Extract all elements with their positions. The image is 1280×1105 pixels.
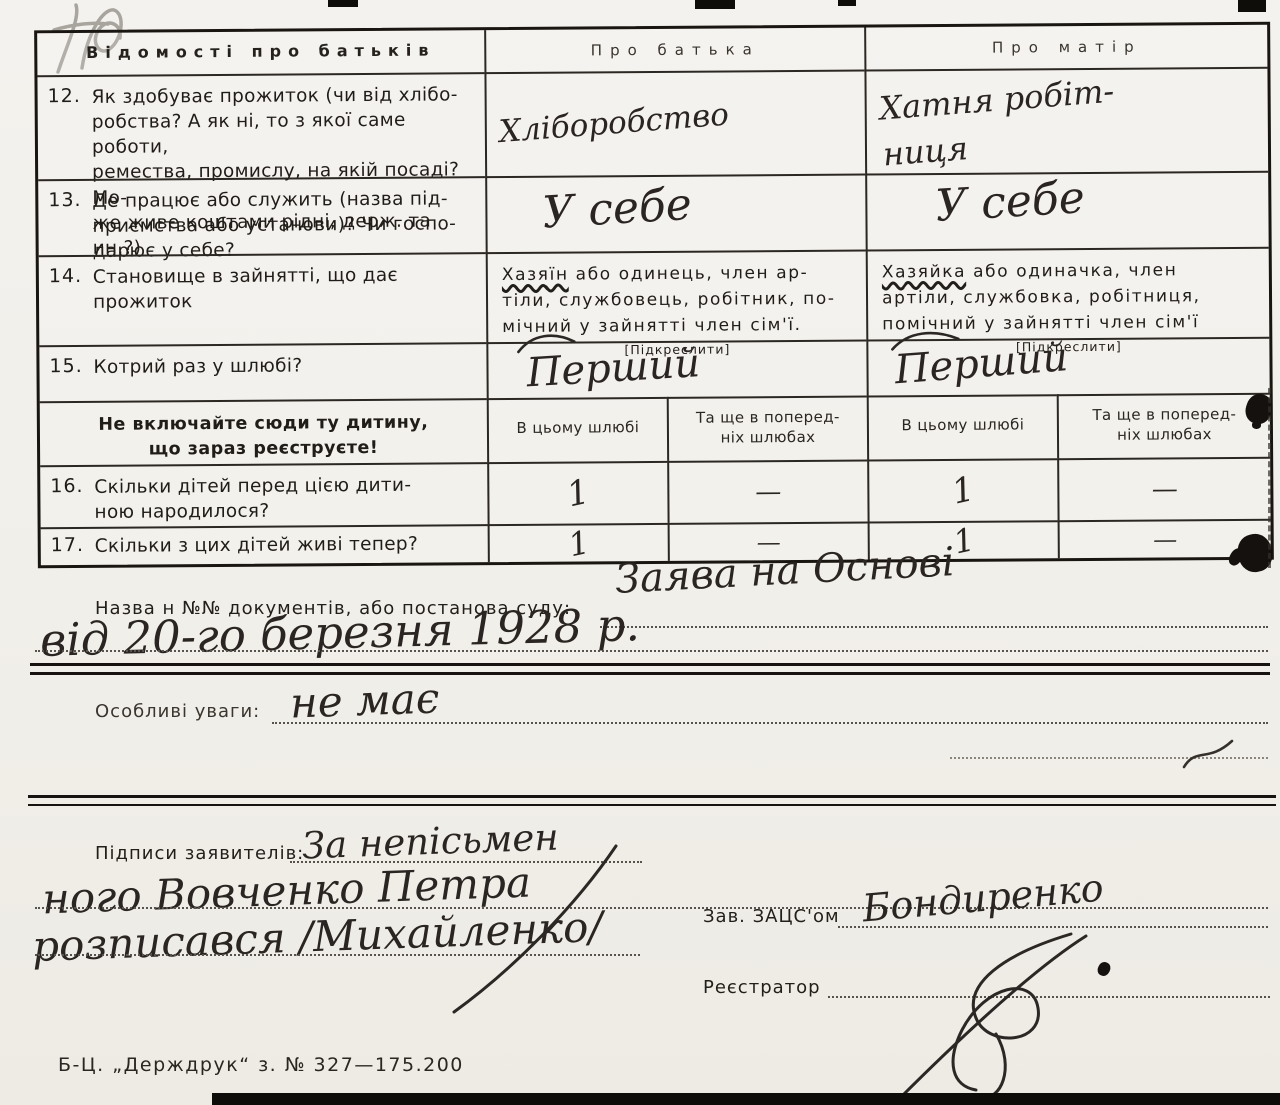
declarant-signature-flourish bbox=[440, 838, 645, 1018]
ink-blot-upper-stem bbox=[1252, 421, 1261, 429]
question-15-text: Котрий раз у шлюбі? bbox=[93, 353, 302, 396]
question-17-text: Скільки з цих дітей живі тепер? bbox=[95, 532, 418, 561]
value-16-mother-previous: — bbox=[1057, 457, 1270, 520]
value-16-mother-this: 1 bbox=[867, 458, 1057, 521]
value-16-father-this-handwriting: 1 bbox=[564, 472, 594, 516]
answer-12-mother: Хатня робіт- ниця bbox=[864, 67, 1268, 174]
documents-rule-bottom bbox=[30, 672, 1270, 675]
documents-rule-top bbox=[30, 663, 1270, 666]
pen-scribble-right bbox=[1180, 733, 1240, 775]
question-16-number: 16. bbox=[50, 475, 94, 523]
answer-15-mother: Перший bbox=[866, 337, 1269, 396]
value-17-mother-previous-handwriting: — bbox=[1153, 525, 1177, 553]
subheader-mother-this-marriage: В цьому шлюбі bbox=[867, 394, 1057, 459]
answer-13-father: У себе bbox=[485, 174, 866, 253]
table-header-info: Відомості про батьків bbox=[37, 30, 484, 75]
scan-mark-top-2 bbox=[695, 0, 735, 9]
value-17-father-this-handwriting: 1 bbox=[565, 523, 593, 564]
scan-mark-top-corner bbox=[1238, 0, 1266, 12]
answer-15-father-handwriting: Перший bbox=[525, 340, 701, 396]
question-13-text: Де працює або служить (назва під- приємс… bbox=[92, 186, 456, 251]
documents-dotted-line-1 bbox=[600, 626, 1268, 628]
answer-12-father: Хліборобство bbox=[484, 70, 865, 177]
answer-14-mother: Хазяйка або одиначка, член артіли, служб… bbox=[866, 247, 1270, 340]
bottom-scan-bar bbox=[212, 1093, 1280, 1105]
question-12-text: Як здобуває прожиток (чи від хлібо- робс… bbox=[92, 82, 480, 175]
registrar-signature-flourish bbox=[846, 922, 1111, 1105]
remarks-dotted-line bbox=[272, 722, 1268, 724]
scanned-registration-form: Відомості про батьків Про батька Про мат… bbox=[0, 0, 1280, 1105]
zags-head-label: Зав. ЗАЦС'ом bbox=[703, 906, 840, 927]
question-13: 13. Де працює або служить (назва під- пр… bbox=[38, 176, 486, 255]
question-14-text: Становище в зайнятті, що дає прожиток bbox=[93, 263, 399, 341]
value-16-father-this: 1 bbox=[487, 461, 667, 524]
value-16-mother-previous-handwriting: — bbox=[1152, 474, 1178, 504]
answer-13-mother: У себе bbox=[865, 171, 1269, 250]
header-father-label: Про батька bbox=[591, 40, 760, 59]
question-17: 17. Скільки з цих дітей живі тепер? bbox=[41, 524, 488, 565]
answer-13-mother-handwriting: У себе bbox=[934, 172, 1086, 232]
subheader-father-previous-marriages: Та ще в поперед- ніх шлюбах bbox=[667, 396, 867, 461]
children-exclusion-note: Не включайте сюди ту дитину, що зараз ре… bbox=[40, 398, 487, 465]
answer-12-father-handwriting: Хліборобство bbox=[498, 96, 730, 150]
options-14-mother-underlined-word: Хазяйка bbox=[882, 262, 966, 283]
question-14: 14. Становище в зайнятті, що дає прожито… bbox=[39, 252, 487, 345]
remarks-label: Особливі уваги: bbox=[95, 701, 260, 722]
value-16-mother-this-handwriting: 1 bbox=[949, 469, 979, 513]
middle-rule-top bbox=[28, 795, 1276, 798]
question-15: 15. Котрий раз у шлюбі? bbox=[39, 342, 486, 401]
printer-imprint: Б-Ц. „Держдрук“ з. № 327—175.200 bbox=[58, 1054, 464, 1076]
middle-rule-bottom bbox=[28, 804, 1276, 806]
answer-15-mother-handwriting: Перший bbox=[893, 334, 1070, 393]
answer-13-father-handwriting: У себе bbox=[541, 179, 693, 239]
scan-mark-top-3 bbox=[838, 0, 856, 6]
answer-14-father: Хазяїн або одинець, член ар- тіли, служб… bbox=[486, 250, 867, 343]
value-16-father-previous-handwriting: — bbox=[755, 477, 781, 507]
table-header-father: Про батька bbox=[484, 28, 864, 73]
header-info-label: Відомості про батьків bbox=[86, 41, 435, 62]
question-13-number: 13. bbox=[48, 189, 92, 251]
scan-mark-top-1 bbox=[328, 0, 358, 7]
question-17-number: 17. bbox=[51, 534, 95, 561]
stitch-marks bbox=[1268, 388, 1271, 568]
documents-dotted-line-2 bbox=[35, 650, 1268, 652]
parents-info-table: Відомості про батьків Про батька Про мат… bbox=[34, 22, 1274, 569]
question-16: 16. Скільки дітей перед цією дити- ною н… bbox=[40, 462, 487, 527]
subheader-father-this-marriage: В цьому шлюбі bbox=[487, 397, 667, 462]
declarants-label: Підписи заявителів: bbox=[95, 843, 304, 864]
subheader-mother-previous-marriages: Та ще в поперед- ніх шлюбах bbox=[1057, 393, 1270, 458]
value-16-father-previous: — bbox=[667, 460, 867, 523]
answer-15-father: Перший bbox=[486, 340, 866, 399]
question-15-number: 15. bbox=[49, 355, 93, 397]
answer-12-mother-handwriting: Хатня робіт- ниця bbox=[878, 68, 1120, 179]
options-14-father-underlined-word: Хазяїн bbox=[502, 265, 569, 285]
table-header-mother: Про матір bbox=[864, 25, 1267, 70]
header-mother-label: Про матір bbox=[992, 38, 1142, 57]
registrar-label: Реєстратор bbox=[703, 977, 821, 998]
zags-head-signature: Бондиренко bbox=[861, 866, 1106, 931]
question-12-number: 12. bbox=[48, 85, 93, 175]
question-12: 12. Як здобуває прожиток (чи від хлібо- … bbox=[37, 72, 485, 179]
question-14-number: 14. bbox=[49, 265, 94, 341]
remarks-handwriting: не має bbox=[289, 673, 440, 727]
question-16-text: Скільки дітей перед цією дити- ною народ… bbox=[94, 473, 411, 523]
